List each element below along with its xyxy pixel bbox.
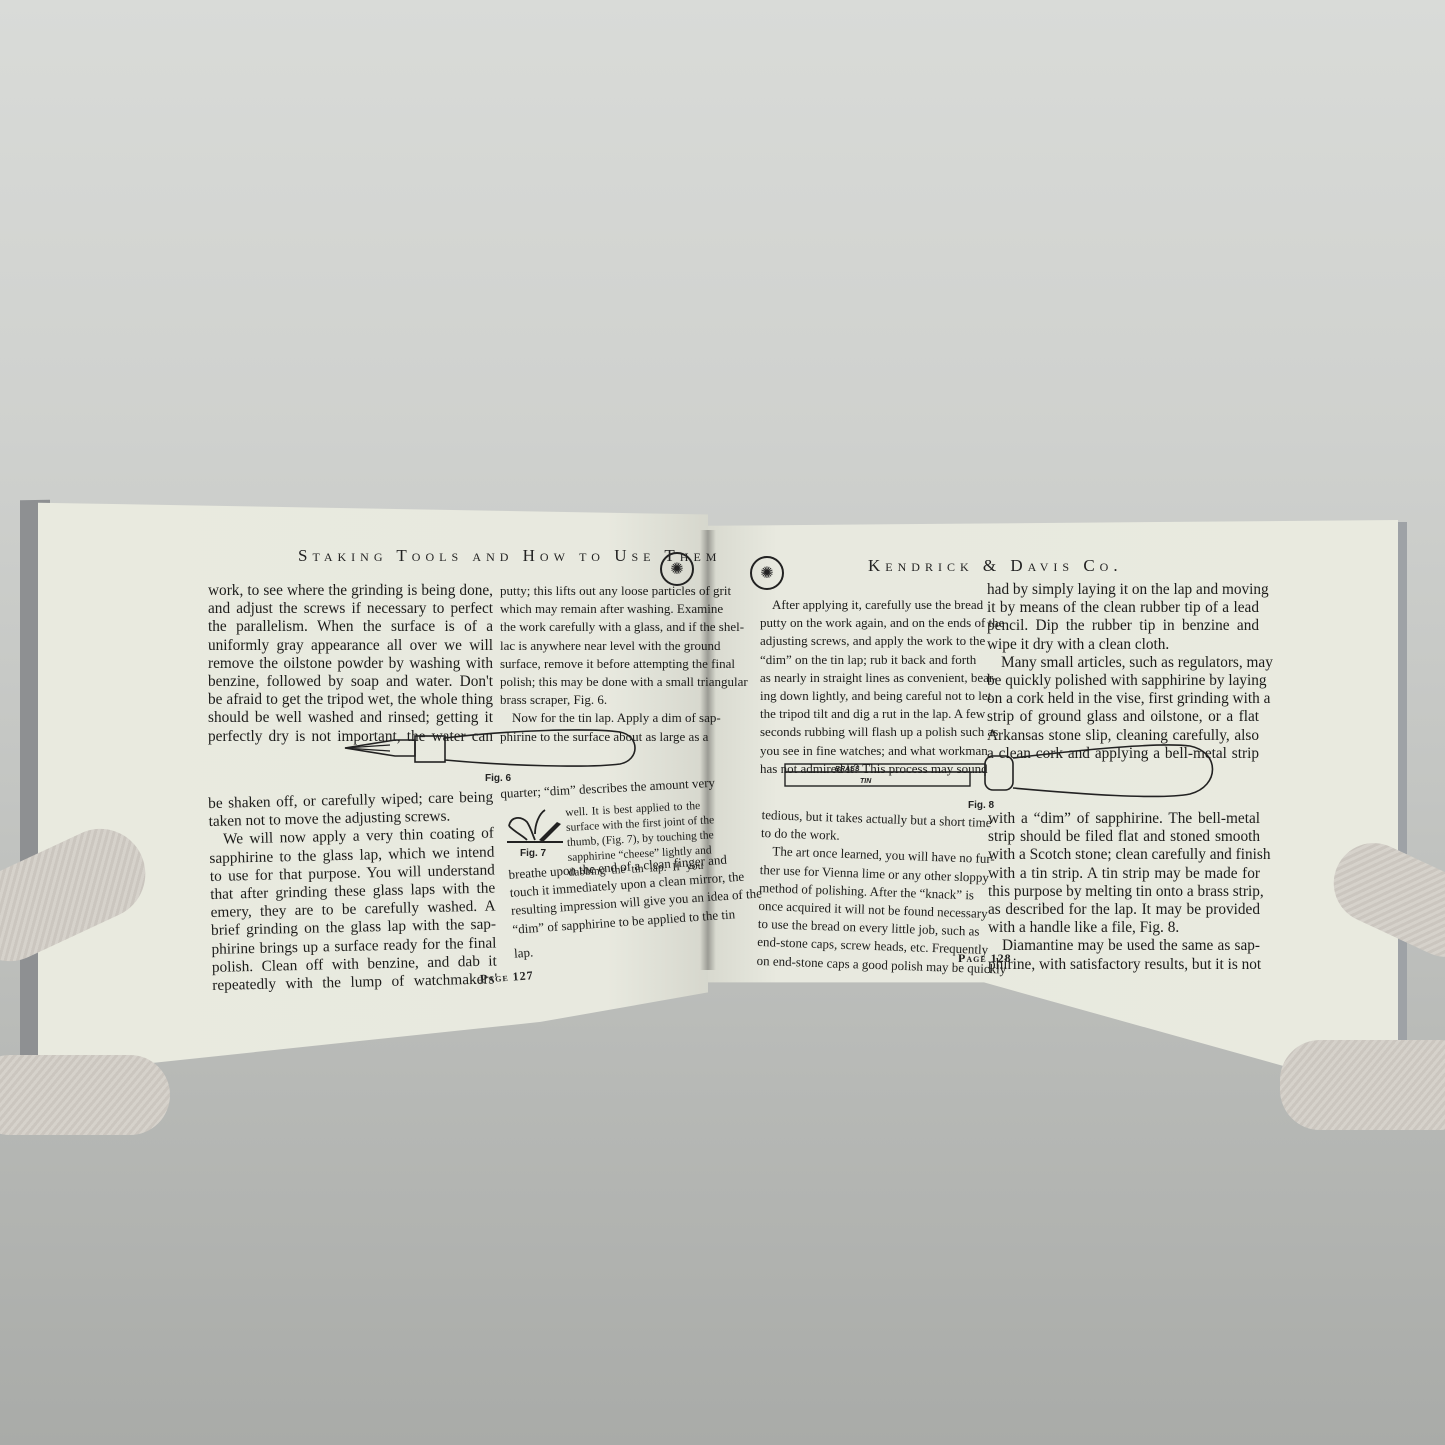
text-line: polish; this may be done with a small tr… (500, 673, 700, 691)
text-line: it by means of the clean rubber tip of a… (987, 599, 1259, 617)
text-line: which may remain after washing. Examine (500, 600, 700, 618)
fig8-strip-polisher-illustration: BRASS TIN (780, 742, 1220, 802)
fig6-label: Fig. 6 (485, 773, 511, 784)
fig8-brass-label: BRASS (835, 766, 860, 773)
ornamental-globe-emblem-icon: ✺ (660, 552, 694, 586)
fig8-tin-label: TIN (860, 778, 872, 785)
text-line: uniformly gray appearance all over we wi… (208, 637, 493, 655)
text-line: as nearly in straight lines as convenien… (760, 669, 975, 687)
text-line: with a handle like a file, Fig. 8. (988, 919, 1260, 937)
text-line: putty; this lifts out any loose particle… (500, 582, 700, 600)
left-column-1-top: work, to see where the grinding is being… (208, 582, 493, 746)
text-line: should be well washed and rinsed; gettin… (208, 709, 493, 727)
text-line: benzine, followed by soap and water. Don… (208, 673, 493, 691)
text-line: Now for the tin lap. Apply a dim of sap- (500, 709, 700, 727)
text-line: and adjust the screws if necessary to pe… (208, 600, 493, 618)
left-fingers-glove (0, 1055, 170, 1135)
text-line: strip of ground glass and oilstone, or a… (987, 708, 1259, 726)
text-line: with a tin strip. A tin strip may be mad… (988, 865, 1260, 883)
fig6-scraper-illustration (340, 728, 640, 770)
text-line: the tripod tilt and dig a rut in the lap… (760, 705, 975, 723)
text-line: Many small articles, such as regulators,… (987, 654, 1259, 672)
left-column-2-top: putty; this lifts out any loose particle… (500, 582, 700, 746)
text-line: strip should be filed flat and stoned sm… (988, 828, 1260, 846)
text-line: putty on the work again, and on the ends… (760, 614, 975, 632)
left-column-2-bottom-lines: breathe upon the end of a clean finger a… (508, 852, 709, 962)
left-running-head: Staking Tools and How to Use Them (298, 546, 721, 566)
text-line: pencil. Dip the rubber tip in benzine an… (987, 617, 1259, 635)
text-line: be afraid to get the tripod wet, the who… (208, 691, 493, 709)
text-line: on a cork held in the vise, first grindi… (987, 690, 1259, 708)
open-book: Staking Tools and How to Use Them ✺ work… (0, 0, 1445, 1445)
right-column-1-bottom: tedious, but it takes actually but a sho… (756, 806, 977, 977)
text-line: “dim” on the tin lap; rub it back and fo… (760, 651, 975, 669)
text-line: with a “dim” of sapphirine. The bell-met… (988, 810, 1260, 828)
text-line: ing down lightly, and being careful not … (760, 687, 975, 705)
right-column-2-top: had by simply laying it on the lap and m… (987, 581, 1259, 763)
left-column-1-bottom: be shaken off, or carefully wiped; care … (208, 789, 497, 996)
right-page-number: Page 128 (958, 951, 1012, 966)
text-line: After applying it, carefully use the bre… (760, 596, 975, 614)
text-line: brass scraper, Fig. 6. (500, 691, 700, 709)
text-line: as described for the lap. It may be prov… (988, 901, 1260, 919)
text-line: the parallelism. When the surface is of … (208, 618, 493, 636)
text-line: seconds rubbing will flash up a polish s… (760, 723, 975, 741)
text-line: adjusting screws, and apply the work to … (760, 632, 975, 650)
ornamental-globe-emblem-icon: ✺ (750, 556, 784, 590)
text-line: surface, remove it before attempting the… (500, 655, 700, 673)
text-line: had by simply laying it on the lap and m… (987, 581, 1259, 599)
text-line: phirine, with satisfactory results, but … (988, 956, 1260, 974)
text-line: remove the oilstone powder by washing wi… (208, 655, 493, 673)
fig7-label: Fig. 7 (520, 848, 546, 859)
text-line: this purpose by melting tin onto a brass… (988, 883, 1260, 901)
text-line: the work carefully with a glass, and if … (500, 618, 700, 636)
right-fingers-glove (1280, 1040, 1445, 1130)
fig7-thumb-illustration (505, 806, 565, 846)
right-column-2-bottom: with a “dim” of sapphirine. The bell-met… (988, 810, 1260, 974)
text-line: lac is anywhere near level with the grou… (500, 637, 700, 655)
text-line: wipe it dry with a clean cloth. (987, 636, 1259, 654)
text-line: be quickly polished with sapphirine by l… (987, 672, 1259, 690)
text-line: work, to see where the grinding is being… (208, 582, 493, 600)
text-line: with a Scotch stone; clean carefully and… (988, 846, 1260, 864)
right-running-head: Kendrick & Davis Co. (868, 556, 1123, 576)
text-line: Diamantine may be used the same as sap- (988, 937, 1260, 955)
